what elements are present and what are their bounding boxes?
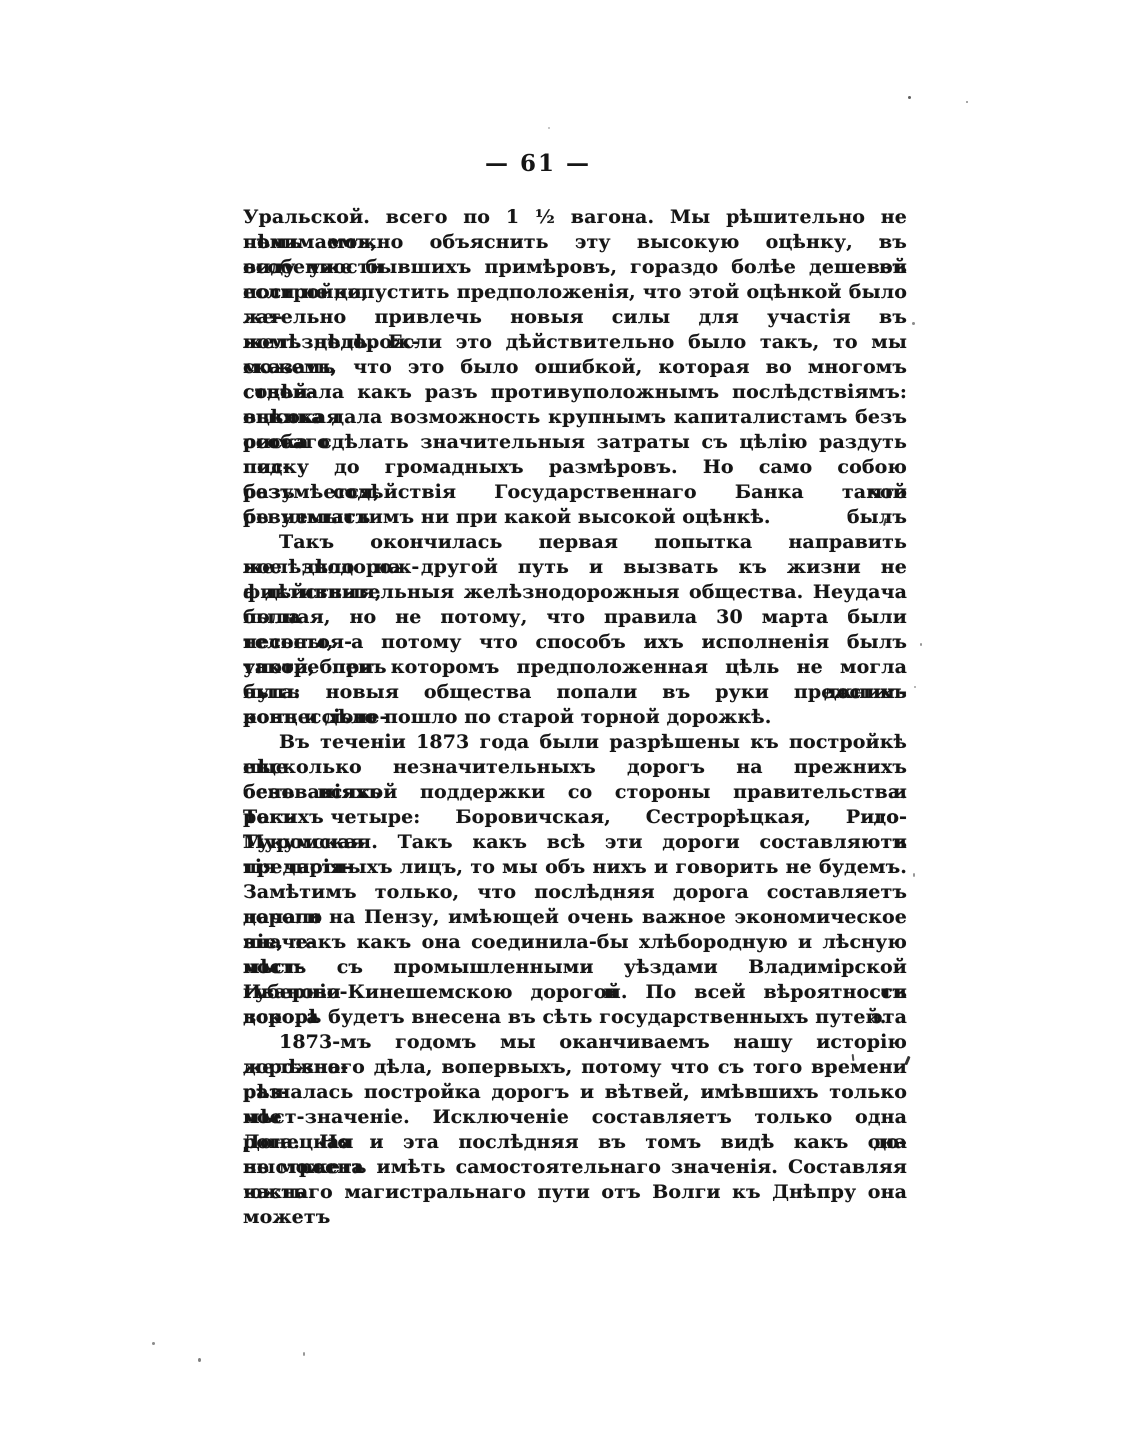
text-line: рогъ четыре: Боровичская, Сестрорѣцкая, … [243, 805, 907, 830]
text-line: ное значеніе. Исключеніе составляетъ тол… [243, 1105, 907, 1130]
text-line: Муромская. Такъ какъ всѣ эти дороги сост… [243, 830, 907, 855]
text-line: сказать, что это было ошибкой, которая в… [243, 355, 907, 380]
text-line: а дѣйствительныя желѣзнодорожныя обществ… [243, 580, 907, 605]
text-line: нута: новыя общества попали въ руки преж… [243, 680, 907, 705]
scan-speck [879, 238, 882, 241]
text-line: ное дѣло на другой путь и вызвать къ жиз… [243, 555, 907, 580]
text-line: если не допустить предположенія, что это… [243, 280, 907, 305]
scan-speck [303, 1352, 305, 1356]
text-line: оцѣнка дала возможность крупнымъ капитал… [243, 405, 907, 430]
scan-speck [920, 643, 922, 646]
page-number-text: — 61 — [485, 150, 591, 177]
text-block: Уральской. всего по 1 ½ вагона. Мы рѣшит… [243, 205, 907, 1205]
text-line: ность съ промышленными уѣздами Владимірс… [243, 955, 907, 980]
text-line: Замѣтимъ только, что послѣдняя дорога со… [243, 880, 907, 905]
paragraph: 1873-мъ годомъ мы оканчиваемъ нашу истор… [243, 1030, 907, 1205]
text-line: рѣшалась постройка дорогъ и вѣтвей, имѣв… [243, 1080, 907, 1105]
scan-speck [198, 1358, 201, 1362]
scan-speck [548, 127, 550, 129]
text-line: ствовала какъ разъ противуположнымъ посл… [243, 380, 907, 405]
text-line: дорожнаго дѣла, вопервыхъ, потому что съ… [243, 1055, 907, 1080]
text-line: писку до громадныхъ размѣровъ. Но само с… [243, 455, 907, 480]
text-line: Иваново-Кинешемскою дорогой. По всей вѣр… [243, 980, 907, 1005]
scan-speck [966, 101, 968, 103]
text-line: вскорѣ будетъ внесена въ сѣть государств… [243, 1005, 907, 1030]
paragraph: Уральской. всего по 1 ½ вагона. Мы рѣшит… [243, 205, 907, 530]
text-line: лательно привлечь новыя силы для участія… [243, 305, 907, 330]
text-line: полная, но не потому, что правила 30 мар… [243, 605, 907, 630]
paragraph: Такъ окончилась первая попытка направить… [243, 530, 907, 730]
text-line: Въ теченіи 1873 года были разрѣшены къ п… [243, 730, 907, 755]
text-line: Такъ окончилась первая попытка направить… [243, 530, 907, 555]
text-line: тія частныхъ лицъ, то мы объ нихъ и гово… [243, 855, 907, 880]
paragraph: Въ теченіи 1873 года были разрѣшены къ п… [243, 730, 907, 1030]
scan-speck [912, 322, 915, 325]
text-line: риска сдѣлать значительныя затраты съ цѣ… [243, 430, 907, 455]
text-line: тельны, а потому что способъ ихъ исполне… [243, 630, 907, 655]
text-line: виду уже бывшихъ примѣровъ, гораздо болѣ… [243, 255, 907, 280]
text-line: безъ содѣйствія Государственнаго Банка т… [243, 480, 907, 505]
text-line: Уральской. всего по 1 ½ вагона. Мы рѣшит… [243, 205, 907, 230]
text-line: 1873-мъ годомъ мы оканчиваемъ нашу истор… [243, 1030, 907, 1055]
text-line: ровъ и дѣло пошло по старой торной дорож… [243, 705, 907, 730]
scan-speck [152, 1342, 155, 1345]
text-line: нѣсколько незначительныхъ дорогъ на преж… [243, 755, 907, 780]
book-page: — 61 — Уральской. всего по 1 ½ вагона. М… [0, 0, 1140, 1443]
text-line: номъ дѣлѣ. Если это дѣйствительно было т… [243, 330, 907, 355]
text-line: дороги на Пензу, имѣющей очень важное эк… [243, 905, 907, 930]
scan-speck [908, 96, 911, 99]
text-line: ніе, такъ какъ она соединила-бы хлѣбород… [243, 930, 907, 955]
text-line: такой, при которомъ предположенная цѣль … [243, 655, 907, 680]
text-line: не можетъ имѣть самостоятельнаго значені… [243, 1155, 907, 1180]
scan-speck [914, 686, 916, 688]
text-line: рога. Но и эта послѣдняя въ томъ видѣ ка… [243, 1130, 907, 1155]
text-line: безъ всякой поддержки со стороны правите… [243, 780, 907, 805]
scan-speck [913, 873, 915, 877]
text-line: чѣмъ можно объяснить эту высокую оцѣнку,… [243, 230, 907, 255]
page-number: — 61 — [0, 150, 1076, 178]
text-line: южнаго магистральнаго пути отъ Волги къ … [243, 1180, 907, 1205]
